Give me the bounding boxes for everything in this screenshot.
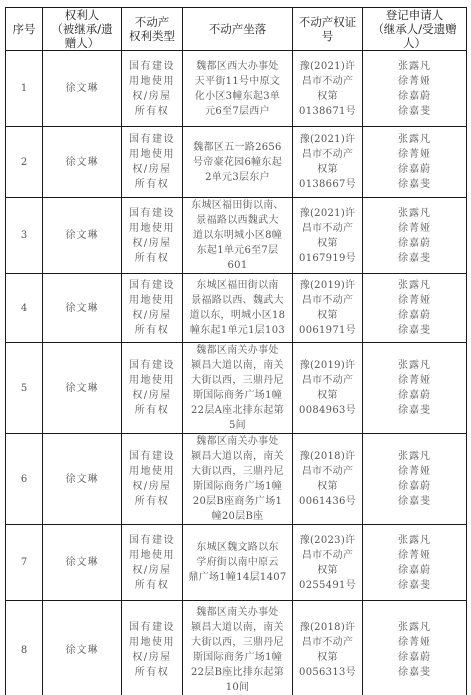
- text-line: 权第: [296, 308, 359, 323]
- text-line: 不动产权证: [296, 15, 359, 29]
- text-line: 徐菁娅: [366, 373, 463, 388]
- header-right-type: 不动产权利类型: [122, 8, 183, 51]
- text-line: 豫(2019)许: [296, 358, 359, 373]
- text-line: 所有权: [125, 323, 179, 338]
- location-cell: 魏都区南关办事处颍昌大道以南，南关大街以西，三鼎丹尼斯国际商务广场1幢22层A座…: [183, 343, 293, 434]
- text-line: 魏都区西大办事处: [186, 59, 289, 74]
- text-line: 徐菁娅: [366, 147, 463, 162]
- right-type-cell: 国有建设用地使用权/房屋所有权: [122, 127, 183, 198]
- text-line: 权/房屋: [125, 162, 179, 177]
- text-line: 用地使用: [125, 74, 179, 89]
- text-line: 徐嘉蔚: [366, 563, 463, 578]
- table-row: 7 徐文琳 国有建设用地使用权/房屋所有权 东城区魏文路以东学府街以南中原云鼎广…: [6, 525, 467, 601]
- right-type-cell: 国有建设用地使用权/房屋所有权: [122, 525, 183, 601]
- text-line: 张露凡: [366, 533, 463, 548]
- text-line: 登记申请人: [366, 8, 463, 22]
- right-type-cell: 国有建设用地使用权/房屋所有权: [122, 274, 183, 343]
- text-line: 权/房屋: [125, 308, 179, 323]
- text-line: 大街以西，三鼎丹尼: [186, 373, 289, 388]
- text-line: 用地使用: [125, 373, 179, 388]
- text-line: 国有建设: [125, 533, 179, 548]
- text-line: 徐嘉蔚: [366, 89, 463, 104]
- table-row: 5 徐文琳 国有建设用地使用权/房屋所有权 魏都区南关办事处颍昌大道以南，南关大…: [6, 343, 467, 434]
- table-row: 3 徐文琳 国有建设用地使用权/房屋所有权 东城区福田街以南、景福路以西魏武大道…: [6, 198, 467, 274]
- text-line: 22层B座比排东起第: [186, 665, 289, 680]
- text-line: 不动产坐落: [186, 22, 289, 36]
- text-line: 权/房屋: [125, 236, 179, 251]
- text-line: 豫(2019)许: [296, 278, 359, 293]
- holder-cell: 徐文琳: [43, 274, 122, 343]
- text-line: 所有权: [125, 251, 179, 266]
- text-line: 化小区3幢东起3单: [186, 89, 289, 104]
- text-line: 0061971号: [296, 323, 359, 338]
- applicants-cell: 张露凡徐菁娅徐嘉蔚徐嘉斐: [363, 274, 467, 343]
- text-line: 徐嘉蔚: [366, 162, 463, 177]
- seq-cell: 3: [6, 198, 43, 274]
- text-line: 不动产: [125, 15, 179, 29]
- text-line: 昌市不动产: [296, 293, 359, 308]
- text-line: 颍昌大道以南，南关: [186, 449, 289, 464]
- right-type-cell: 国有建设用地使用权/房屋所有权: [122, 51, 183, 127]
- text-line: 徐菁娅: [366, 464, 463, 479]
- applicants-cell: 张露凡徐菁娅徐嘉蔚徐嘉斐: [363, 434, 467, 525]
- text-line: 20层B座商务广场1: [186, 494, 289, 509]
- text-line: 权第: [296, 650, 359, 665]
- text-line: 国有建设: [125, 278, 179, 293]
- text-line: 颍昌大道以南，南关: [186, 620, 289, 635]
- text-line: 昌市不动产: [296, 548, 359, 563]
- text-line: 东起1单元6至7层: [186, 243, 289, 258]
- text-line: 徐嘉斐: [366, 177, 463, 192]
- seq-cell: 2: [6, 127, 43, 198]
- text-line: 徐菁娅: [366, 221, 463, 236]
- text-line: 国有建设: [125, 206, 179, 221]
- text-line: 斯国际商务广场1幢: [186, 650, 289, 665]
- applicants-cell: 张露凡徐菁娅徐嘉蔚徐嘉斐: [363, 51, 467, 127]
- location-cell: 东城区魏文路以东学府街以南中原云鼎广场1幢14层1407: [183, 525, 293, 601]
- text-line: 徐嘉蔚: [366, 650, 463, 665]
- text-line: 权第: [296, 162, 359, 177]
- text-line: 魏都区南关办事处: [186, 605, 289, 620]
- text-line: 张露凡: [366, 358, 463, 373]
- text-line: 所有权: [125, 104, 179, 119]
- text-line: 元6至7层西户: [186, 104, 289, 119]
- text-line: 东城区魏文路以东: [186, 540, 289, 555]
- text-line: 用地使用: [125, 635, 179, 650]
- text-line: 徐菁娅: [366, 548, 463, 563]
- text-line: 用地使用: [125, 293, 179, 308]
- cert-number-cell: 豫(2018)许昌市不动产权第0056313号: [293, 601, 363, 695]
- text-line: 2单元3层东户: [186, 170, 289, 185]
- applicants-cell: 张露凡徐菁娅徐嘉蔚徐嘉斐: [363, 343, 467, 434]
- text-line: 权/房屋: [125, 89, 179, 104]
- text-line: 0056313号: [296, 665, 359, 680]
- text-line: 权/房屋: [125, 388, 179, 403]
- text-line: 魏都区南关办事处: [186, 343, 289, 358]
- text-line: 国有建设: [125, 358, 179, 373]
- text-line: 学府街以南中原云: [186, 555, 289, 570]
- text-line: 国有建设: [125, 620, 179, 635]
- cert-number-cell: 豫(2021)许昌市不动产权第0138671号: [293, 51, 363, 127]
- text-line: 景福路以西、魏武大: [186, 293, 289, 308]
- table-row: 6 徐文琳 国有建设用地使用权/房屋所有权 魏都区南关办事处颍昌大道以南，南关大…: [6, 434, 467, 525]
- text-line: 张露凡: [366, 449, 463, 464]
- text-line: 魏都区南关办事处: [186, 434, 289, 449]
- text-line: 号: [296, 29, 359, 43]
- text-line: 用地使用: [125, 221, 179, 236]
- right-type-cell: 国有建设用地使用权/房屋所有权: [122, 198, 183, 274]
- text-line: 权第: [296, 388, 359, 403]
- text-line: 权第: [296, 89, 359, 104]
- text-line: 22层A座北排东起第: [186, 403, 289, 418]
- text-line: 徐菁娅: [366, 293, 463, 308]
- text-line: 魏都区五一路2656: [186, 140, 289, 155]
- text-line: 景福路以西魏武大: [186, 213, 289, 228]
- text-line: 大街以西，三鼎丹尼: [186, 635, 289, 650]
- right-type-cell: 国有建设用地使用权/房屋所有权: [122, 343, 183, 434]
- seq-cell: 4: [6, 274, 43, 343]
- text-line: 权/房屋: [125, 563, 179, 578]
- text-line: 用地使用: [125, 147, 179, 162]
- text-line: （被继承/遗: [46, 22, 118, 36]
- seq-cell: 7: [6, 525, 43, 601]
- text-line: 权第: [296, 236, 359, 251]
- location-cell: 魏都区南关办事处颍昌大道以南，南关大街以西，三鼎丹尼斯国际商务广场1幢22层B座…: [183, 601, 293, 695]
- text-line: 10间: [186, 680, 289, 695]
- applicants-cell: 张露凡徐菁娅徐嘉蔚徐嘉斐: [363, 127, 467, 198]
- applicants-cell: 张露凡徐菁娅徐嘉蔚徐嘉斐: [363, 525, 467, 601]
- text-line: 用地使用: [125, 548, 179, 563]
- text-line: 0061436号: [296, 494, 359, 509]
- text-line: 徐嘉斐: [366, 104, 463, 119]
- applicants-cell: 张露凡徐菁娅徐嘉蔚徐嘉斐: [363, 198, 467, 274]
- text-line: 颍昌大道以南，南关: [186, 358, 289, 373]
- text-line: 徐嘉斐: [366, 665, 463, 680]
- text-line: 张露凡: [366, 278, 463, 293]
- text-line: 豫(2021)许: [296, 206, 359, 221]
- cert-number-cell: 豫(2018)许昌市不动产权第0061436号: [293, 434, 363, 525]
- table-row: 2 徐文琳 国有建设用地使用权/房屋所有权 魏都区五一路2656号帝豪花园6幢东…: [6, 127, 467, 198]
- seq-cell: 8: [6, 601, 43, 695]
- text-line: 国有建设: [125, 132, 179, 147]
- holder-cell: 徐文琳: [43, 51, 122, 127]
- text-line: 昌市不动产: [296, 373, 359, 388]
- text-line: 人）: [366, 36, 463, 50]
- text-line: 号帝豪花园6幢东起: [186, 155, 289, 170]
- location-cell: 魏都区西大办事处天平街11号中原文化小区3幢东起3单元6至7层西户: [183, 51, 293, 127]
- applicants-cell: 张露凡徐菁娅徐嘉蔚徐嘉斐: [363, 601, 467, 695]
- header-applicants: 登记申请人（继承人/受遗赠人）: [363, 8, 467, 51]
- text-line: 豫(2018)许: [296, 449, 359, 464]
- text-line: 张露凡: [366, 206, 463, 221]
- text-line: 权/房屋: [125, 650, 179, 665]
- text-line: 国有建设: [125, 449, 179, 464]
- cert-number-cell: 豫(2019)许昌市不动产权第0084963号: [293, 343, 363, 434]
- text-line: 序号: [9, 22, 39, 36]
- header-seq: 序号: [6, 8, 43, 51]
- text-line: 鼎广场1幢14层1407: [186, 570, 289, 585]
- header-cert-number: 不动产权证号: [293, 8, 363, 51]
- header-location: 不动产坐落: [183, 8, 293, 51]
- seq-cell: 5: [6, 343, 43, 434]
- cert-number-cell: 豫(2021)许昌市不动产权第0167919号: [293, 198, 363, 274]
- text-line: 权第: [296, 479, 359, 494]
- text-line: 所有权: [125, 177, 179, 192]
- text-line: 张露凡: [366, 620, 463, 635]
- text-line: 徐嘉斐: [366, 578, 463, 593]
- text-line: 权第: [296, 563, 359, 578]
- text-line: 徐嘉斐: [366, 403, 463, 418]
- cert-number-cell: 豫(2021)许昌市不动产权第0138667号: [293, 127, 363, 198]
- table-row: 4 徐文琳 国有建设用地使用权/房屋所有权 东城区福田街以南景福路以西、魏武大道…: [6, 274, 467, 343]
- holder-cell: 徐文琳: [43, 127, 122, 198]
- text-line: 豫(2018)许: [296, 620, 359, 635]
- text-line: 所有权: [125, 665, 179, 680]
- location-cell: 东城区福田街以南景福路以西、魏武大道以东，明城小区18幢东起1单元1层103: [183, 274, 293, 343]
- table-row: 8 徐文琳 国有建设用地使用权/房屋所有权 魏都区南关办事处颍昌大道以南，南关大…: [6, 601, 467, 695]
- header-row: 序号 权利人（被继承/遗赠人） 不动产权利类型 不动产坐落 不动产权证号 登记申…: [6, 8, 467, 51]
- location-cell: 魏都区五一路2656号帝豪花园6幢东起2单元3层东户: [183, 127, 293, 198]
- text-line: 国有建设: [125, 59, 179, 74]
- text-line: 0138671号: [296, 104, 359, 119]
- text-line: 0084963号: [296, 403, 359, 418]
- right-type-cell: 国有建设用地使用权/房屋所有权: [122, 601, 183, 695]
- text-line: 所有权: [125, 578, 179, 593]
- right-type-cell: 国有建设用地使用权/房屋所有权: [122, 434, 183, 525]
- property-registration-table: 序号 权利人（被继承/遗赠人） 不动产权利类型 不动产坐落 不动产权证号 登记申…: [5, 7, 467, 695]
- text-line: 张露凡: [366, 132, 463, 147]
- text-line: 徐嘉蔚: [366, 479, 463, 494]
- table-row: 1 徐文琳 国有建设用地使用权/房屋所有权 魏都区西大办事处天平街11号中原文化…: [6, 51, 467, 127]
- holder-cell: 徐文琳: [43, 525, 122, 601]
- text-line: 0255491号: [296, 578, 359, 593]
- text-line: 豫(2021)许: [296, 132, 359, 147]
- text-line: 权利人: [46, 8, 118, 22]
- holder-cell: 徐文琳: [43, 343, 122, 434]
- text-line: 5间: [186, 418, 289, 433]
- holder-cell: 徐文琳: [43, 601, 122, 695]
- text-line: 幢东起1单元1层103: [186, 323, 289, 338]
- location-cell: 魏都区南关办事处颍昌大道以南，南关大街以西，三鼎丹尼斯国际商务广场1幢20层B座…: [183, 434, 293, 525]
- text-line: 徐嘉斐: [366, 323, 463, 338]
- text-line: 东城区福田街以南: [186, 278, 289, 293]
- text-line: 道以东，明城小区18: [186, 308, 289, 323]
- cert-number-cell: 豫(2023)许昌市不动产权第0255491号: [293, 525, 363, 601]
- seq-cell: 1: [6, 51, 43, 127]
- text-line: 权利类型: [125, 29, 179, 43]
- text-line: 幢20层B座: [186, 509, 289, 524]
- text-line: 昌市不动产: [296, 74, 359, 89]
- header-holder: 权利人（被继承/遗赠人）: [43, 8, 122, 51]
- text-line: 斯国际商务广场1幢: [186, 479, 289, 494]
- text-line: 道以东明城小区8幢: [186, 228, 289, 243]
- text-line: 用地使用: [125, 464, 179, 479]
- holder-cell: 徐文琳: [43, 434, 122, 525]
- text-line: 天平街11号中原文: [186, 74, 289, 89]
- text-line: 东城区福田街以南、: [186, 198, 289, 213]
- text-line: 徐菁娅: [366, 74, 463, 89]
- text-line: 豫(2021)许: [296, 59, 359, 74]
- text-line: 所有权: [125, 494, 179, 509]
- text-line: 徐嘉蔚: [366, 388, 463, 403]
- text-line: 徐菁娅: [366, 635, 463, 650]
- text-line: 徐嘉斐: [366, 251, 463, 266]
- text-line: 徐嘉斐: [366, 494, 463, 509]
- text-line: 昌市不动产: [296, 221, 359, 236]
- text-line: 昌市不动产: [296, 635, 359, 650]
- text-line: 徐嘉蔚: [366, 308, 463, 323]
- holder-cell: 徐文琳: [43, 198, 122, 274]
- text-line: 0138667号: [296, 177, 359, 192]
- text-line: 601: [186, 258, 289, 273]
- text-line: 昌市不动产: [296, 464, 359, 479]
- text-line: 大街以西，三鼎丹尼: [186, 464, 289, 479]
- text-line: 赠人）: [46, 36, 118, 50]
- text-line: （继承人/受遗赠: [366, 22, 463, 36]
- text-line: 张露凡: [366, 59, 463, 74]
- seq-cell: 6: [6, 434, 43, 525]
- text-line: 0167919号: [296, 251, 359, 266]
- text-line: 斯国际商务广场1幢: [186, 388, 289, 403]
- text-line: 昌市不动产: [296, 147, 359, 162]
- location-cell: 东城区福田街以南、景福路以西魏武大道以东明城小区8幢东起1单元6至7层601: [183, 198, 293, 274]
- text-line: 所有权: [125, 403, 179, 418]
- cert-number-cell: 豫(2019)许昌市不动产权第0061971号: [293, 274, 363, 343]
- text-line: 豫(2023)许: [296, 533, 359, 548]
- text-line: 权/房屋: [125, 479, 179, 494]
- text-line: 徐嘉蔚: [366, 236, 463, 251]
